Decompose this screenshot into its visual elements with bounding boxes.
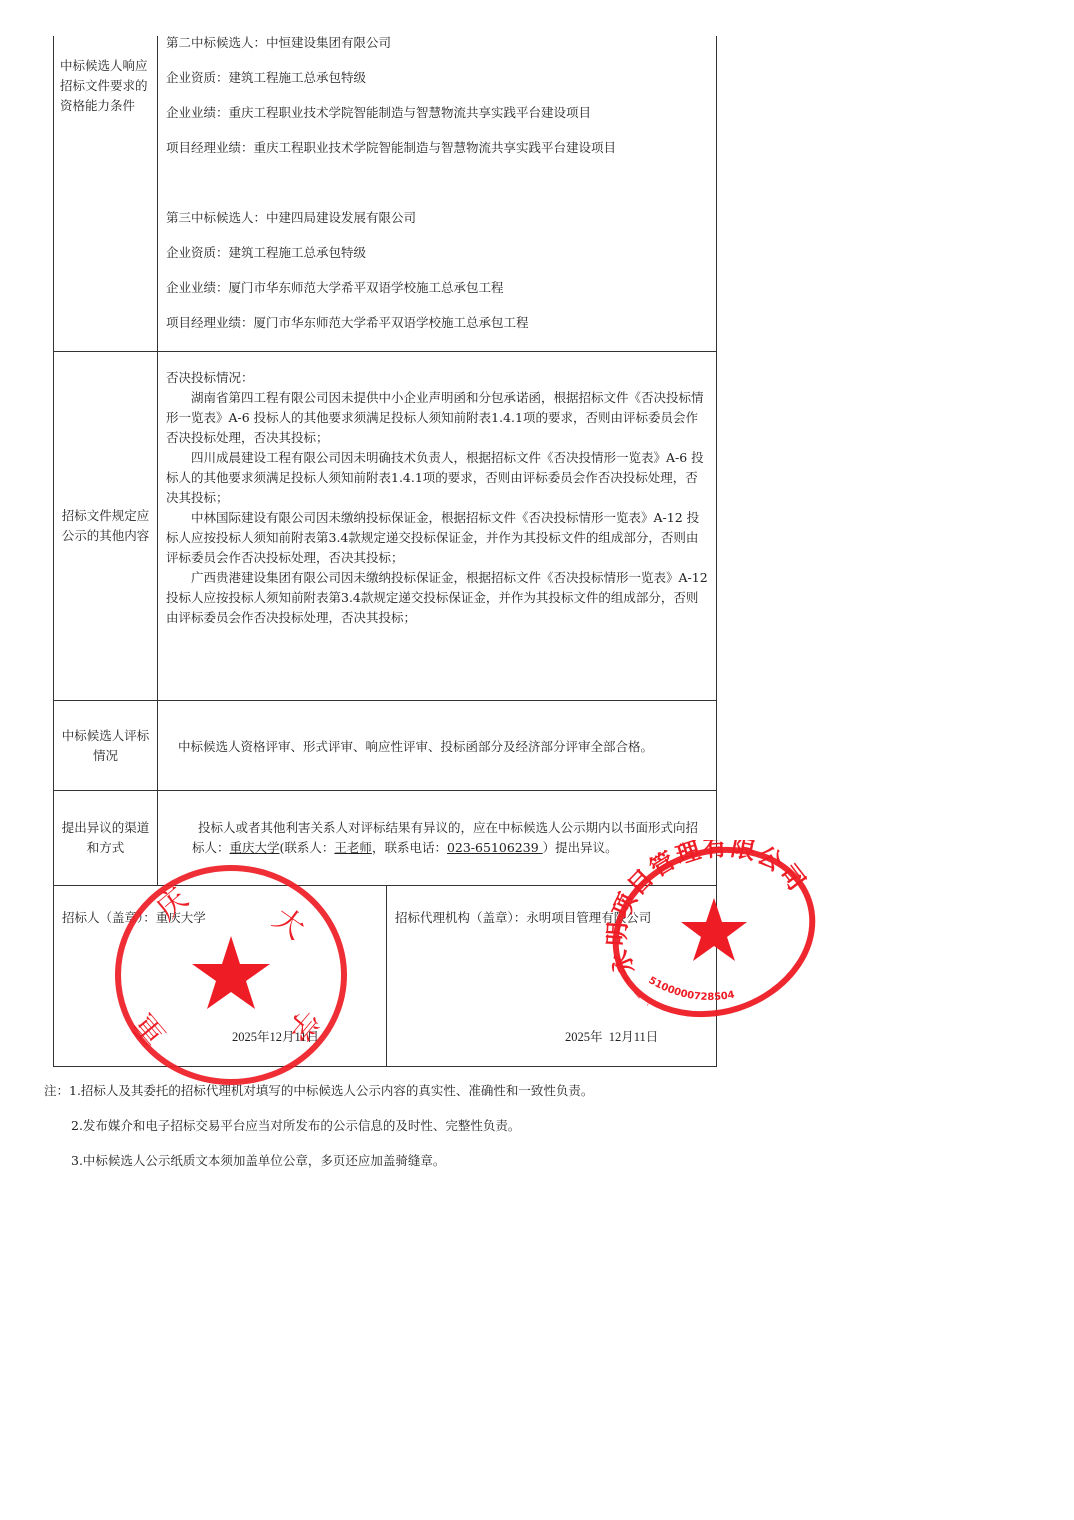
rejection-paragraph: 四川成晨建设工程有限公司因未明确技术负责人，根据招标文件《否决投情形一览表》A-… (166, 448, 708, 508)
other-content-label-text: 招标文件规定应公示的其他内容 (60, 506, 151, 546)
candidate-3-title: 第三中标候选人：中建四局建设发展有限公司 (166, 208, 708, 228)
note-item: 注：1.招标人及其委托的招标代理机对填写的中标候选人公示内容的真实性、准确性和一… (44, 1081, 593, 1101)
candidate-3-qualification: 企业资质：建筑工程施工总承包特级 (166, 243, 708, 263)
other-content: 否决投标情况： 湖南省第四工程有限公司因未提供中小企业声明函和分包承诺函，根据招… (158, 352, 716, 700)
notes: 注：1.招标人及其委托的招标代理机对填写的中标候选人公示内容的真实性、准确性和一… (44, 1081, 593, 1186)
other-content-row: 招标文件规定应公示的其他内容 否决投标情况： 湖南省第四工程有限公司因未提供中小… (54, 352, 716, 701)
objection-label-text: 提出异议的渠道和方式 (60, 818, 151, 858)
rejection-paragraph: 广西贵港建设集团有限公司因未缴纳投标保证金，根据招标文件《否决投标情形一览表》A… (166, 568, 708, 628)
other-content-label: 招标文件规定应公示的其他内容 (54, 352, 158, 700)
tenderer-signature-cell: 招标人（盖章）：重庆大学 2025年12月11日 (54, 886, 387, 1066)
candidate-3-company-performance: 企业业绩：厦门市华东师范大学希平双语学校施工总承包工程 (166, 278, 708, 298)
candidate-2-title: 第二中标候选人：中恒建设集团有限公司 (166, 33, 708, 53)
objection-phone: 023-65106239 (447, 840, 543, 855)
qualification-content: 第二中标候选人：中恒建设集团有限公司 企业资质：建筑工程施工总承包特级 企业业绩… (158, 36, 716, 351)
candidate-2-company-performance: 企业业绩：重庆工程职业技术学院智能制造与智慧物流共享实践平台建设项目 (166, 103, 708, 123)
evaluation-content: 中标候选人资格评审、形式评审、响应性评审、投标函部分及经济部分评审全部合格。 (158, 701, 716, 790)
tenderer-date: 2025年12月11日 (232, 1027, 319, 1045)
objection-phone-prefix: ，联系电话： (372, 840, 447, 855)
objection-contact: 王老师 (334, 840, 372, 855)
candidate-2-manager-performance: 项目经理业绩：重庆工程职业技术学院智能制造与智慧物流共享实践平台建设项目 (166, 138, 708, 158)
tenderer-stamp-label: 招标人（盖章）：重庆大学 (62, 908, 206, 926)
evaluation-label: 中标候选人评标情况 (54, 701, 158, 790)
candidate-2-qualification: 企业资质：建筑工程施工总承包特级 (166, 68, 708, 88)
evaluation-label-text: 中标候选人评标情况 (60, 726, 151, 766)
agency-date: 2025年 12月11日 (565, 1027, 658, 1045)
objection-row: 提出异议的渠道和方式 投标人或者其他利害关系人对评标结果有异议的，应在中标候选人… (54, 791, 716, 886)
objection-label: 提出异议的渠道和方式 (54, 791, 158, 885)
objection-text: 投标人或者其他利害关系人对评标结果有异议的，应在中标候选人公示期内以书面形式向招… (192, 818, 706, 858)
objection-content: 投标人或者其他利害关系人对评标结果有异议的，应在中标候选人公示期内以书面形式向招… (158, 791, 716, 885)
rejection-paragraph: 中林国际建设有限公司因未缴纳投标保证金，根据招标文件《否决投标情形一览表》A-1… (166, 508, 708, 568)
agency-signature-cell: 招标代理机构（盖章）：永明项目管理有限公司 2025年 12月11日 (387, 886, 716, 1066)
qualification-row: 中标候选人响应招标文件要求的资格能力条件 第二中标候选人：中恒建设集团有限公司 … (54, 36, 716, 352)
bid-candidate-table: 中标候选人响应招标文件要求的资格能力条件 第二中标候选人：中恒建设集团有限公司 … (53, 36, 717, 1067)
rejection-paragraph: 湖南省第四工程有限公司因未提供中小企业声明函和分包承诺函，根据招标文件《否决投标… (166, 388, 708, 448)
signature-row: 招标人（盖章）：重庆大学 2025年12月11日 招标代理机构（盖章）：永明项目… (54, 886, 716, 1067)
evaluation-text: 中标候选人资格评审、形式评审、响应性评审、投标函部分及经济部分评审全部合格。 (178, 737, 653, 755)
objection-tenderer: 重庆大学 (230, 840, 280, 855)
note-item: 2.发布媒介和电子招标交易平台应当对所发布的公示信息的及时性、完整性负责。 (44, 1116, 593, 1136)
evaluation-row: 中标候选人评标情况 中标候选人资格评审、形式评审、响应性评审、投标函部分及经济部… (54, 701, 716, 791)
rejection-heading: 否决投标情况： (166, 368, 708, 388)
note-item: 3.中标候选人公示纸质文本须加盖单位公章，多页还应加盖骑缝章。 (44, 1151, 593, 1171)
agency-stamp-label: 招标代理机构（盖章）：永明项目管理有限公司 (395, 908, 651, 926)
candidate-3-manager-performance: 项目经理业绩：厦门市华东师范大学希平双语学校施工总承包工程 (166, 313, 708, 333)
objection-contact-prefix: (联系人： (280, 840, 335, 855)
qualification-label-text: 中标候选人响应招标文件要求的资格能力条件 (60, 56, 151, 116)
objection-text-after: ）提出异议。 (543, 840, 618, 855)
qualification-label: 中标候选人响应招标文件要求的资格能力条件 (54, 36, 158, 351)
